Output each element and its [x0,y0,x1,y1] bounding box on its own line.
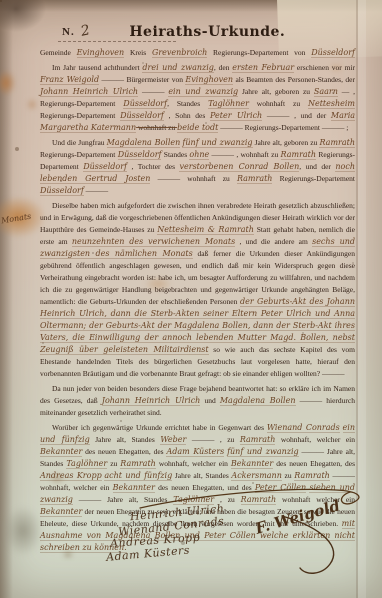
printed-text: Kreis [124,48,152,57]
handwritten-text: Düsseldorf [83,162,127,172]
document-paragraph: Und die Jungfrau Magdalena Bollen fünf u… [40,137,355,197]
printed-text: ——— Bürgermeister von [99,75,185,84]
printed-text: wohnhaft, welcher ein [156,459,231,468]
printed-text: erschienen vor mir [294,63,355,72]
printed-text: Gemeinde [40,48,77,57]
printed-text: Worüber ich gegenwärtige Urkunde erricht… [52,423,267,432]
printed-text: zu [282,471,294,480]
handwritten-text: Ramrath [237,174,273,184]
printed-text: Jahre alt, Standes [90,435,161,444]
handwritten-text: Ramrath [319,138,355,148]
handwritten-text: verstorbenen Conrad Bollen [179,162,299,172]
handwritten-text: Andreas Kropp [40,471,102,481]
handwritten-text: Magdalena Bollen [107,138,181,148]
handwritten-text: ein und zwanzig [168,87,238,97]
printed-text: , Standes [167,99,208,108]
printed-text: Jahre alt, Standes [172,471,231,480]
handwritten-text: fünf und zwanzig [227,447,299,457]
printed-text: zu [107,459,120,468]
handwritten-text: Evinghoven [185,75,233,85]
printed-text: ——— Regierungs-Departement ——— ; [218,123,348,132]
printed-text: wohnhaft zu [249,99,308,108]
handwritten-text: Bekannter [231,459,273,469]
document-header: N. 2 Heiraths-Urkunde. [40,22,355,40]
handwritten-text: Taglöhner [66,459,107,469]
handwritten-text: Johann Heinrich Ulrich [40,87,138,97]
stain [26,98,38,111]
page-number: N. 2 [62,22,90,40]
handwritten-text: Bekannter [40,447,82,457]
printed-text: ——— wohnhaft zu [150,174,237,183]
handwritten-text: Peter Ulrich [210,111,262,121]
printed-text: Und die Jungfrau [52,138,107,147]
document-paragraph: Im Jahr tausend achthundert drei und zwa… [40,62,355,134]
handwritten-text: Franz Weigold [40,75,99,85]
handwritten-text: Düsseldorf [118,150,162,160]
handwritten-text: ohne [189,150,209,160]
handwritten-text: Düsseldorf [120,111,164,121]
printed-text: ——— [84,186,108,195]
handwritten-text: Ackersmann [231,471,281,481]
printed-text: Standes [161,150,189,159]
document-text: Gemeinde Evinghoven Kreis Grevenbroich R… [40,47,355,554]
handwritten-text: Düsseldorf [123,99,167,109]
printed-text: des neuen Ehegatten, des [273,459,355,468]
handwritten-text: Düsseldorf [311,48,355,58]
stain [0,70,16,96]
signatures: Heinrich UlrichWienand ConradsAndreas Kr… [108,508,215,560]
handwritten-text: Taglöhner [208,99,249,109]
handwritten-text: Ramrath [120,459,156,469]
printed-text: Regierungs-Departement [272,174,355,183]
printed-text: ——— , zu [186,435,240,444]
document-title: Heiraths-Urkunde. [90,24,355,40]
official-signature: F. Weigold [248,500,368,580]
page-number-label: N. [62,26,75,38]
printed-text: Regierungs-Departement von [207,48,311,57]
handwritten-text: Düsseldorf [40,186,84,196]
handwritten-text: Magdalena Bollen [220,396,296,406]
dashed-rule [58,41,176,42]
handwritten-text: Weber [160,435,186,445]
paper-specks [0,0,2,2]
printed-text: , Sohn des [164,111,210,120]
handwritten-text: Ramrath [281,150,317,160]
handwritten-text: Nettesheim [308,99,355,109]
handwritten-text: Adam Küsters [166,447,224,457]
handwritten-text: Ramrath [240,435,276,445]
printed-text: , und der [299,162,335,171]
printed-text: Im Jahr tausend achthundert [52,63,142,72]
handwritten-text: beide todt [177,123,218,133]
printed-text: Regierungs-Departement [40,111,120,120]
printed-text: ——— , und der [262,111,331,120]
handwritten-text: Wienand Conrads [267,423,340,433]
printed-text: , den [214,63,232,72]
handwritten-text: ersten Februar [232,63,294,73]
signature-area: Heinrich UlrichWienand ConradsAndreas Kr… [40,482,355,592]
document-paragraph: Dieselbe haben mich aufgefordert die zwi… [40,200,355,380]
scanned-document: N. 2 Heiraths-Urkunde. Gemeinde Evinghov… [0,0,382,598]
handwritten-text: Johann Heinrich Ulrich [102,396,201,406]
document-paragraph: Da nun jeder von beiden besonders diese … [40,383,355,419]
handwritten-text: Ramrath [294,471,330,481]
handwritten-text: neunzehnten des verwichenen Monats [72,237,235,247]
handwritten-text: Saarn [314,87,338,97]
printed-text: Jahre alt, geboren zu [253,138,320,147]
printed-text: Regierungs-Departement [40,150,118,159]
printed-text: und [200,396,220,405]
printed-text: ——— , wohnhaft zu [209,150,280,159]
printed-text: des neuen Ehegatten, des [82,447,166,456]
stain [4,506,42,556]
printed-text: Jahre alt, geboren zu [238,87,314,96]
handwritten-text: Evinghoven [77,48,125,58]
official-signature-swash [276,514,356,580]
handwritten-text: Grevenbroich [152,48,207,58]
handwritten-text: acht und fünfzig [104,471,172,481]
document-content: N. 2 Heiraths-Urkunde. Gemeinde Evinghov… [40,22,355,557]
printed-text: , und die andere am [235,237,312,246]
handwritten-text: drei und zwanzig [142,63,214,73]
printed-text: als Beamten des Personen-Standes, der [233,75,355,84]
handwritten-text: fünf und zwanzig [182,138,252,148]
handwritten-text: Nettesheim & Ramrath [157,225,254,235]
printed-text: wohnhaft, welcher ein [275,435,355,444]
printed-text: , Tochter des [127,162,179,171]
document-paragraph: Gemeinde Evinghoven Kreis Grevenbroich R… [40,47,355,59]
printed-text: ——— [138,87,168,96]
struck-printed-text: wohnhaft zu [136,123,177,132]
